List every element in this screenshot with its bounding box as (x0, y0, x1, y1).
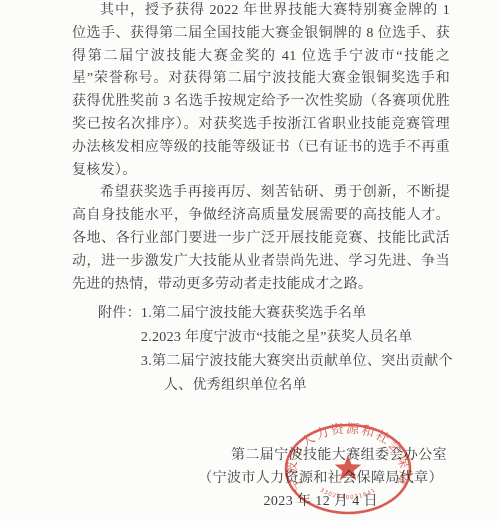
attachment-item-3: 3.第二届宁波技能大赛突出贡献单位、突出贡献个人、优秀组织单位名单 (141, 350, 453, 398)
attachment-item-2: 2.2023 年度宁波市“技能之星”获奖人员名单 (141, 326, 453, 350)
document-page: 其中，授予获得 2022 年世界技能大赛特别赛金牌的 1 位选手、获得第二届全国… (0, 0, 500, 521)
attachments-list: 1.第二届宁波技能大赛获奖选手名单 2.2023 年度宁波市“技能之星”获奖人员… (141, 302, 453, 398)
body-paragraph-2: 希望获奖选手再接再厉、刻苦钻研、勇于创新，不断提高自身技能水平，争做经济高质量发… (72, 182, 450, 296)
attachments-block: 附件： 1.第二届宁波技能大赛获奖选手名单 2.2023 年度宁波市“技能之星”… (98, 302, 453, 398)
seal-serial-number: 3302040071841 (319, 487, 378, 501)
body-paragraph-1: 其中，授予获得 2022 年世界技能大赛特别赛金牌的 1 位选手、获得第二届全国… (72, 0, 450, 182)
document-body: 其中，授予获得 2022 年世界技能大赛特别赛金牌的 1 位选手、获得第二届全国… (72, 0, 450, 296)
attachment-item-1: 1.第二届宁波技能大赛获奖选手名单 (141, 302, 453, 326)
attachments-label: 附件： (98, 302, 141, 398)
seal-ring-text: 宁波市人力资源和社会保障局 (278, 419, 413, 493)
seal-star-icon (335, 455, 362, 480)
official-seal: 宁波市人力资源和社会保障局 3302040071841 (278, 419, 418, 519)
